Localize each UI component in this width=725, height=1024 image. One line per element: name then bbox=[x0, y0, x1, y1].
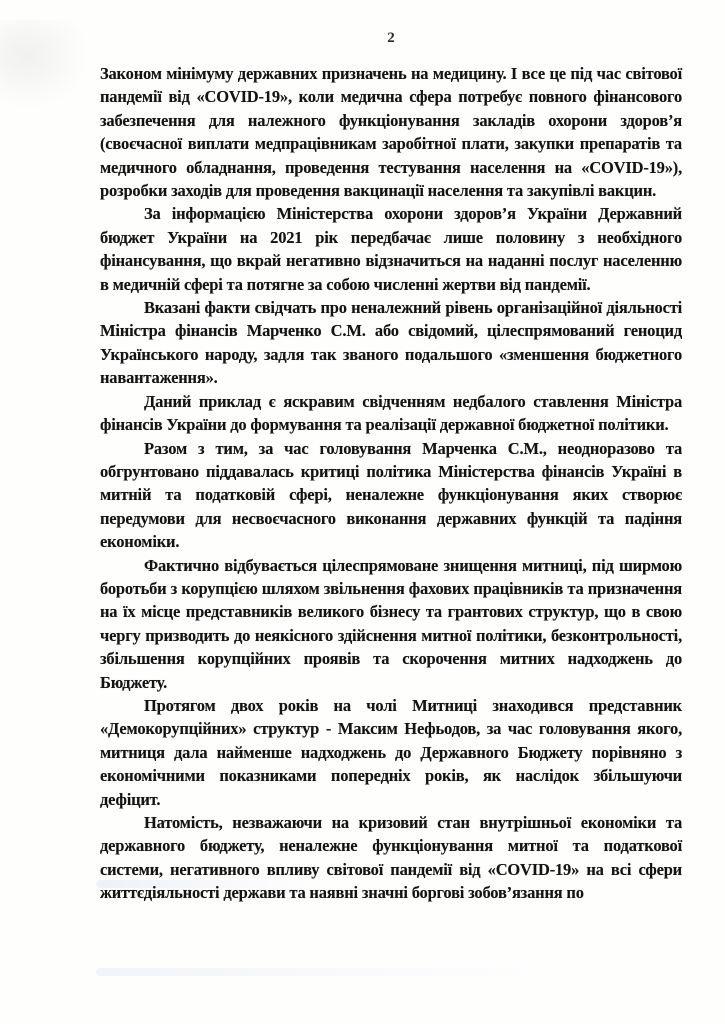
scan-smudge-artifact bbox=[0, 20, 90, 110]
paragraph-facts-about-minister: Вказані факти свідчать про неналежний рі… bbox=[100, 296, 682, 390]
document-page: 2 Законом мінімуму державних призначень … bbox=[0, 0, 725, 1024]
paragraph-nefyodov-customs: Протягом двох років на чолі Митниці знах… bbox=[100, 694, 682, 811]
scan-chroma-artifact bbox=[96, 968, 576, 976]
paragraph-customs-tax-criticism: Разом з тим, за час головування Марченка… bbox=[100, 437, 682, 554]
paragraph-customs-destruction: Фактично відбувається цілеспрямоване зни… bbox=[100, 554, 682, 694]
paragraph-negligent-attitude: Даний приклад є яскравим свідченням недб… bbox=[100, 390, 682, 437]
paragraph-continuation-medicine-funding: Законом мінімуму державних призначень на… bbox=[100, 62, 682, 202]
paragraph-health-ministry-budget-2021: За інформацією Міністерства охорони здор… bbox=[100, 202, 682, 296]
document-body: Законом мінімуму державних призначень на… bbox=[100, 62, 682, 905]
page-number: 2 bbox=[100, 30, 682, 47]
paragraph-crisis-state-conclusion: Натомість, незважаючи на кризовий стан в… bbox=[100, 811, 682, 905]
